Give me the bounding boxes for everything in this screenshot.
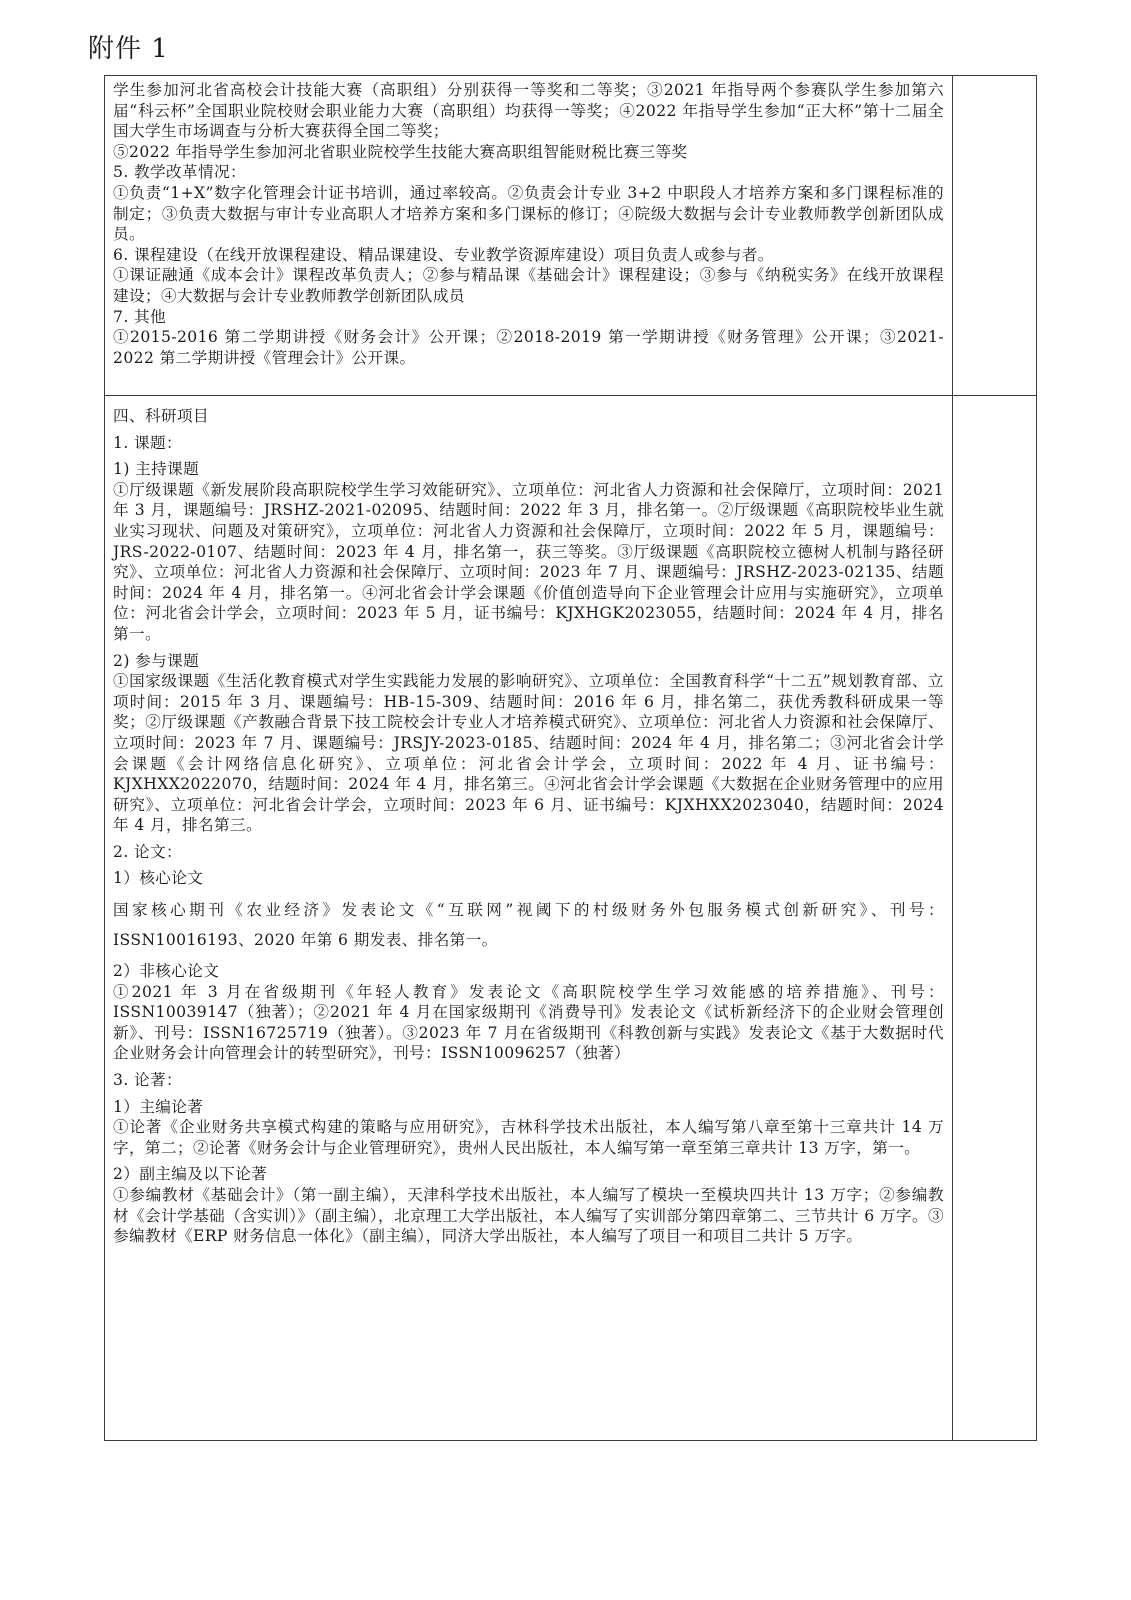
hosted-projects-heading: 1) 主持课题 [113,459,944,480]
chief-editor-books-body: ①论著《企业财务共享模式构建的策略与应用研究》，吉林科学技术出版社，本人编写第八… [113,1117,944,1158]
research-content-cell: 四、科研项目 1. 课题： 1) 主持课题 ①厅级课题《新发展阶段高职院校学生学… [105,396,953,1441]
deputy-editor-books-heading: 2）副主编及以下论著 [113,1164,944,1185]
core-papers-heading: 1）核心论文 [113,868,944,889]
teaching-content-cell: 学生参加河北省高校会计技能大赛（高职组）分别获得一等奖和二等奖；③2021 年指… [105,76,953,396]
table-row-research: 四、科研项目 1. 课题： 1) 主持课题 ①厅级课题《新发展阶段高职院校学生学… [105,396,1037,1441]
awards-continued-text: 学生参加河北省高校会计技能大赛（高职组）分别获得一等奖和二等奖；③2021 年指… [113,80,944,142]
attachment-label: 附件 1 [88,28,169,65]
teaching-side-cell [953,76,1037,396]
research-side-cell [953,396,1037,1441]
teaching-reform-body: ①负责“1+X”数字化管理会计证书培训，通过率较高。②负责会计专业 3+2 中职… [113,183,944,245]
chief-editor-books-heading: 1）主编论著 [113,1097,944,1118]
participated-projects-body: ①国家级课题《生活化教育模式对学生实践能力发展的影响研究》、立项单位：全国教育科… [113,671,944,836]
hosted-projects-body: ①厅级课题《新发展阶段高职院校学生学习效能研究》、立项单位：河北省人力资源和社会… [113,480,944,645]
papers-heading: 2. 论文： [113,842,944,863]
projects-heading: 1. 课题： [113,433,944,454]
books-heading: 3. 论著： [113,1070,944,1091]
awards-item-5: ⑤2022 年指导学生参加河北省职业院校学生技能大赛高职组智能财税比赛三等奖 [113,142,944,163]
noncore-papers-body: ①2021 年 3 月在省级期刊《年轻人教育》发表论文《高职院校学生学习效能感的… [113,982,944,1064]
noncore-papers-heading: 2）非核心论文 [113,961,944,982]
deputy-editor-books-body: ①参编教材《基础会计》（第一副主编），天津科学技术出版社，本人编写了模块一至模块… [113,1185,944,1247]
other-heading: 7. 其他 [113,307,944,328]
core-papers-body: 国家核心期刊《农业经济》发表论文《“互联网”视阈下的村级财务外包服务模式创新研究… [113,895,944,955]
course-construction-body: ①课证融通《成本会计》课程改革负责人；②参与精品课《基础会计》课程建设；③参与《… [113,265,944,306]
resume-table: 学生参加河北省高校会计技能大赛（高职组）分别获得一等奖和二等奖；③2021 年指… [104,75,1037,1441]
participated-projects-heading: 2) 参与课题 [113,651,944,672]
other-body: ①2015-2016 第二学期讲授《财务会计》公开课；②2018-2019 第一… [113,327,944,368]
table-row-teaching: 学生参加河北省高校会计技能大赛（高职组）分别获得一等奖和二等奖；③2021 年指… [105,76,1037,396]
teaching-reform-heading: 5. 教学改革情况： [113,162,944,183]
research-section-heading: 四、科研项目 [113,406,944,427]
course-construction-heading: 6. 课程建设（在线开放课程建设、精品课建设、专业教学资源库建设）项目负责人或参… [113,245,944,266]
